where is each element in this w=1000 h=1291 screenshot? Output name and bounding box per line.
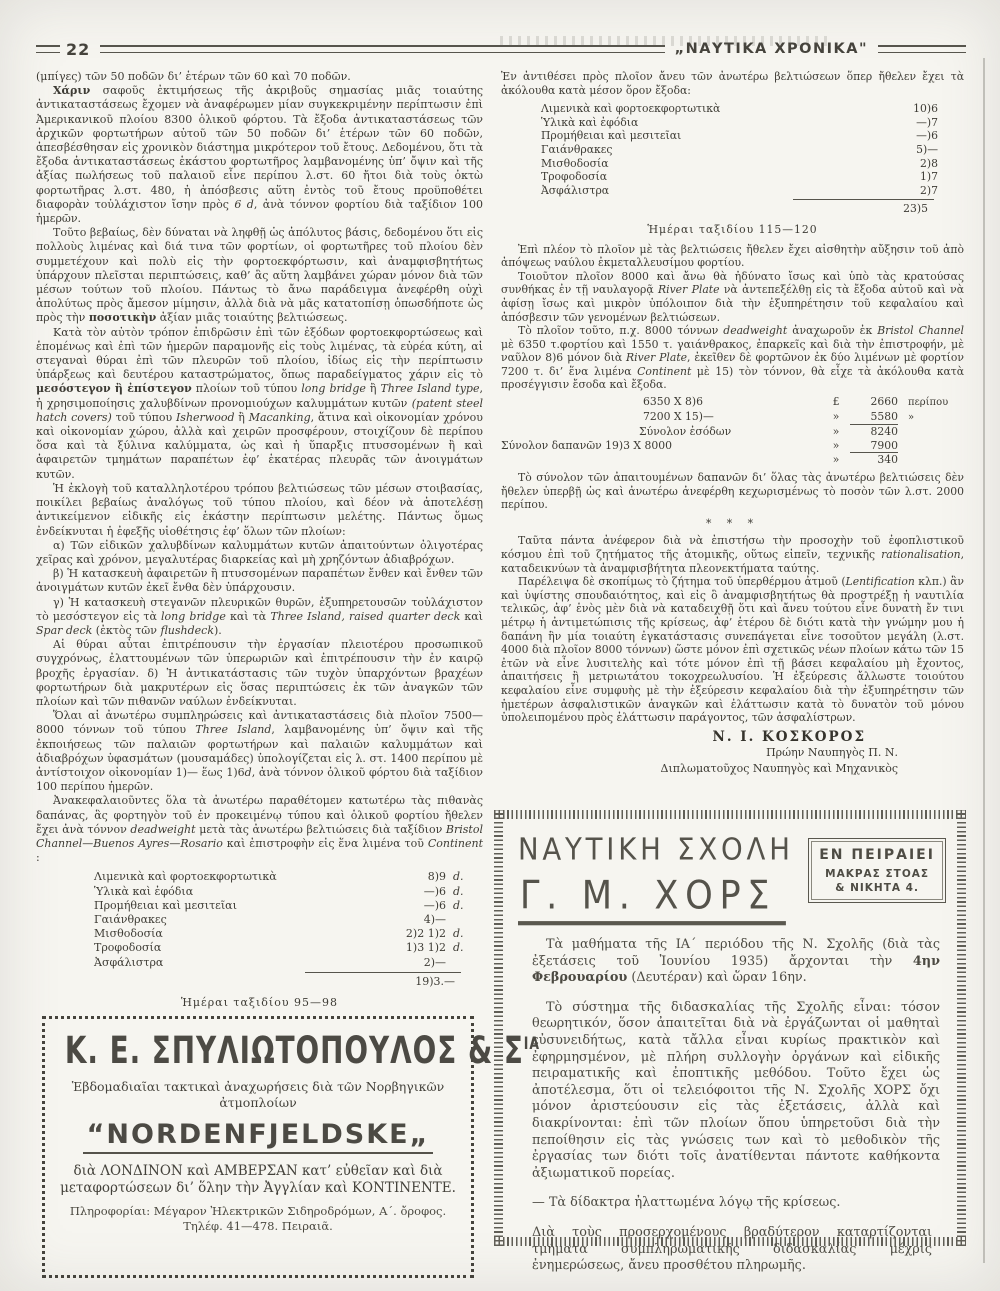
table-row: Προμήθειαι καὶ μεσιτεῖαι—)6d.	[94, 899, 473, 913]
text-segment: Bristol Channel	[877, 324, 964, 337]
paragraph: α) Τῶν εἰδικῶν χαλυβδίνων καλυμμάτων κυτ…	[36, 539, 483, 567]
expense-total-unimproved: 23)5	[501, 199, 934, 216]
expense-label: Προμήθειαι καὶ μεσιτεῖαι	[94, 899, 380, 913]
ad-left-brand-wrap: “NORDENFJELDSKE„	[55, 1111, 461, 1154]
text-segment: μετὰ τὰς ἀνωτέρω βελτιώσεις διὰ ταξίδιον	[196, 823, 446, 836]
expense-unit	[446, 913, 473, 927]
text-segment: Παρέλειψα δὲ σκοπίμως τὸ ζήτημα τοῦ ὑπερ…	[518, 575, 846, 588]
text-segment: (Δευτέραν) καὶ ὥραν 16ην.	[627, 970, 806, 985]
right-paragraphs-b: Τὸ σύνολον τῶν ἀπαιτουμένων δαπανῶν δι’ …	[501, 471, 964, 512]
expense-unit: d.	[446, 927, 473, 941]
text-segment: μεσόστεγον ἢ ἐπίστεγον	[36, 382, 192, 395]
text-segment: Διὰ τοὺς προσερχομένους βραδύτερον καταρ…	[532, 1225, 932, 1273]
table-row: Μισθοδοσία2)2 1)2d.	[94, 927, 473, 941]
table-row: Ὑλικὰ καὶ ἐφόδια—)6d.	[94, 885, 473, 899]
text-segment: rationalisation	[881, 548, 960, 561]
text-segment: κλπ.) ἂν καὶ ὑψίστης σπουδαιότητος, καὶ …	[501, 575, 964, 724]
text-segment: Three Island type	[380, 382, 479, 395]
text-segment: flushdeck	[160, 624, 214, 637]
table-row: Γαιάνθρακες5)—	[541, 143, 938, 157]
expense-label: Λιμενικὰ καὶ φορτοεκφορτωτικὰ	[541, 102, 872, 116]
text-segment: (μπίγες) τῶν 50 ποδῶν δι’ ἑτέρων τῶν 60 …	[36, 70, 351, 83]
text-segment: ἀναχωροῦν ἐκ	[787, 324, 877, 337]
paragraph: Παρέλειψα δὲ σκοπίμως τὸ ζήτημα τοῦ ὑπερ…	[501, 575, 964, 725]
text-segment: long bridge	[301, 382, 366, 395]
text-segment: deadweight	[723, 324, 787, 337]
right-paragraphs-c: Ταῦτα πάντα ἀνέφερον διὰ νὰ ἐπιστήσω τὴν…	[501, 534, 964, 724]
header-rule-left	[36, 45, 60, 53]
text-segment: καὶ ἐπιστροφὴν εἰς ἕνα λιμένα τοῦ	[223, 837, 428, 850]
text-segment: long bridge	[161, 610, 226, 623]
ad-right-header: ΝΑΥΤΙΚΗ ΣΧΟΛΗ Γ. Μ. ΧΟΡΣ ΕΝ ΠΕΙΡΑΙΕΙ ΜΑΚ…	[518, 832, 946, 924]
fin-note: περίπου	[898, 396, 964, 410]
table-row: Λιμενικὰ καὶ φορτοεκφορτωτικὰ10)6	[541, 102, 938, 116]
ad-border-left	[494, 810, 503, 1246]
text-segment: :	[36, 851, 40, 864]
fin-amount: 5580	[850, 410, 898, 424]
ad-border-bottom	[494, 1237, 966, 1246]
school-owner-name: Γ. Μ. ΧΟΡΣ	[518, 871, 786, 926]
page-number: 22	[66, 40, 90, 59]
scanned-magazine-page: { "header": { "page_number": "22", "maga…	[0, 0, 1000, 1291]
paragraph: Ὅλαι αἱ ἀνωτέρω συμπληρώσεις καὶ ἀντικατ…	[36, 709, 483, 794]
table-row: »340	[501, 452, 964, 467]
ad-left-subtitle: Ἑβδομαδιαῖαι τακτικαὶ ἀναχωρήσεις διὰ τῶ…	[55, 1079, 461, 1111]
text-segment: (ἐκτὸς τῶν	[92, 624, 160, 637]
expense-label: Λιμενικὰ καὶ φορτοεκφορτωτικὰ	[94, 870, 380, 884]
paragraph: γ) Ἡ κατασκευὴ στεγανῶν πλευρικῶν θυρῶν,…	[36, 596, 483, 639]
expense-label: Τροφοδοσία	[94, 941, 380, 955]
text-segment: καὶ τὰ	[226, 610, 271, 623]
ad-right-titles: ΝΑΥΤΙΚΗ ΣΧΟΛΗ Γ. Μ. ΧΟΡΣ	[518, 832, 808, 924]
text-segment: 6 d	[234, 198, 254, 211]
expense-unit: d.	[446, 885, 473, 899]
expense-label: Ἀσφάλιστρα	[94, 956, 380, 970]
text-segment: Τὸ σύστημα τῆς διδασκαλίας τῆς Σχολῆς εἶ…	[532, 1000, 940, 1181]
expense-total-improved: 19)3.—	[36, 972, 461, 989]
expense-label: Γαιάνθρακες	[94, 913, 380, 927]
scan-artifact-edge-line	[983, 58, 985, 1263]
text-segment: River Plate	[626, 351, 687, 364]
paragraph: Ἡ ἐκλογὴ τοῦ καταλληλοτέρου τρόπου βελτι…	[36, 482, 483, 539]
paragraph: Ταῦτα πάντα ἀνέφερον διὰ νὰ ἐπιστήσω τὴν…	[501, 534, 964, 575]
expense-value: —)6	[380, 899, 446, 913]
expense-unit: d.	[446, 899, 473, 913]
section-separator: * * *	[501, 517, 964, 531]
voyage-days-caption-improved: Ἡμέραι ταξιδίου 95—98	[36, 996, 483, 1010]
paragraph: Τὸ σύστημα τῆς διδασκαλίας τῆς Σχολῆς εἶ…	[532, 1000, 940, 1183]
ad-left-body: διὰ ΛΟΝΔΙΝΟΝ καὶ ΑΜΒΕΡΣΑΝ κατ’ εὐθεῖαν κ…	[55, 1163, 461, 1197]
expense-label: Γαιάνθρακες	[541, 143, 872, 157]
right-paragraphs-a: Ἐπὶ πλέον τὸ πλοῖον μὲ τὰς βελτιώσεις ἤθ…	[501, 243, 964, 393]
address-street-1: ΜΑΚΡΑΣ ΣΤΟΑΣ	[815, 868, 939, 880]
paragraph: (μπίγες) τῶν 50 ποδῶν δι’ ἑτέρων τῶν 60 …	[36, 70, 483, 84]
paragraph: Διὰ τοὺς προσερχομένους βραδύτερον καταρ…	[532, 1225, 932, 1275]
paragraph: Κατὰ τὸν αὐτὸν τρόπον ἐπιδρῶσιν ἐπὶ τῶν …	[36, 326, 483, 482]
text-segment: Spar deck	[36, 624, 92, 637]
expense-value: 1)3 1)2	[380, 941, 446, 955]
text-segment: ἢ	[366, 382, 381, 395]
fin-currency: »	[822, 410, 850, 424]
table-row: Μισθοδοσία2)8	[541, 157, 938, 171]
paragraph: Ἐν ἀντιθέσει πρὸς πλοῖον ἄνευ τῶν ἀνωτέρ…	[501, 70, 964, 97]
expense-value: 4)—	[380, 913, 446, 927]
text-segment: σαφοῦς ἐκτιμήσεως τῆς ἀκριβοῦς σημασίας …	[36, 84, 483, 211]
author-title-2: Διπλωματοῦχος Ναυπηγὸς καὶ Μηχανικὸς	[501, 762, 926, 776]
fin-currency: »	[822, 453, 850, 467]
scan-artifact	[500, 36, 830, 46]
table-row: Σύνολον ἐσόδων»8240	[501, 424, 964, 439]
expense-value: 8)9	[380, 870, 446, 884]
fin-currency: »	[822, 439, 850, 453]
table-row: Τροφοδοσία1)7	[541, 170, 938, 184]
text-segment: ).	[214, 624, 222, 637]
text-segment: Three Island, raised quarter deck	[270, 610, 460, 623]
author-title-1: Πρώην Ναυπηγὸς Π. Ν.	[501, 746, 926, 760]
table-row: Ἀσφάλιστρα2)7	[541, 184, 938, 198]
expense-value: —)6	[380, 885, 446, 899]
text-segment: Ἐν ἀντιθέσει πρὸς πλοῖον ἄνευ τῶν ἀνωτέρ…	[501, 70, 964, 97]
text-segment: ἀξίαν μιᾶς τοιαύτης βελτιώσεως.	[156, 311, 347, 324]
text-segment: ποσοτικὴν	[89, 311, 156, 324]
expense-value: 1)7	[872, 170, 938, 184]
address-city: ΕΝ ΠΕΙΡΑΙΕΙ	[815, 847, 939, 863]
fin-amount: 340	[850, 452, 898, 467]
ad-border-right	[957, 810, 966, 1246]
fin-label: 7200 X 15)—	[501, 410, 822, 424]
fin-label: Σύνολον ἐσόδων	[501, 425, 822, 439]
fin-note: »	[898, 411, 964, 425]
paragraph: Ἐπὶ πλέον τὸ πλοῖον μὲ τὰς βελτιώσεις ἤθ…	[501, 243, 964, 270]
paragraph: Αἱ θύραι αὗται ἐπιτρέπουσιν τὴν ἐργασίαν…	[36, 638, 483, 709]
text-segment: Continent	[428, 837, 483, 850]
paragraph: Τοιοῦτον πλοῖον 8000 καὶ ἄνω θὰ ἠδύνατο …	[501, 270, 964, 324]
expense-value: —)6	[872, 129, 938, 143]
text-segment: Three Island	[195, 723, 271, 736]
text-segment: Ἐπὶ πλέον τὸ πλοῖον μὲ τὰς βελτιώσεις ἤθ…	[501, 243, 964, 270]
author-signature: Ν. Ι. ΚΟΣΚΟΡΟΣ Πρώην Ναυπηγὸς Π. Ν. Διπλ…	[501, 731, 964, 776]
paragraph: β) Ἡ κατασκευὴ ἀφαιρετῶν ἢ πτυσσομένων π…	[36, 567, 483, 595]
fin-label: Σύνολον δαπανῶν 19)3 X 8000	[501, 439, 822, 453]
text-segment: β) Ἡ κατασκευὴ ἀφαιρετῶν ἢ πτυσσομένων π…	[36, 567, 483, 594]
text-segment: Αἱ θύραι αὗται ἐπιτρέπουσιν τὴν ἐργασίαν…	[36, 638, 483, 708]
paragraph: Τὸ πλοῖον τοῦτο, π.χ. 8000 τόννων deadwe…	[501, 324, 964, 392]
ad-left-contact-info: Πληροφορίαι: Μέγαρον Ἠλεκτρικῶν Σιδηροδρ…	[55, 1204, 461, 1233]
text-segment: Ἡ ἐκλογὴ τοῦ καταλληλοτέρου τρόπου βελτι…	[36, 482, 483, 538]
paragraph: Τὸ σύνολον τῶν ἀπαιτουμένων δαπανῶν δι’ …	[501, 471, 964, 512]
expense-label: Προμήθειαι καὶ μεσιτεῖαι	[541, 129, 872, 143]
paragraph: — Τὰ δίδακτρα ἠλαττωμένα λόγῳ τῆς κρίσεω…	[532, 1195, 940, 1212]
text-segment: Τὰ μαθήματα τῆς ΙΑ΄ περιόδου τῆς Ν. Σχολ…	[532, 937, 940, 969]
text-segment: Lentification	[846, 575, 915, 588]
ad-left-title: Κ. Ε. ΣΠΥΛΙΩΤΟΠΟΥΛΟΣ & ΣΙΑ	[55, 1025, 461, 1067]
expense-label: Ὑλικὰ καὶ ἐφόδια	[94, 885, 380, 899]
paragraph: Τοῦτο βεβαίως, δὲν δύναται νὰ ληφθῇ ὡς ἀ…	[36, 226, 483, 325]
voyage-days-caption-unimproved: Ἡμέραι ταξιδίου 115—120	[501, 223, 964, 237]
text-segment: — Τὰ δίδακτρα ἠλαττωμένα λόγῳ τῆς κρίσεω…	[532, 1195, 840, 1210]
expense-label: Μισθοδοσία	[94, 927, 380, 941]
right-intro: Ἐν ἀντιθέσει πρὸς πλοῖον ἄνευ τῶν ἀνωτέρ…	[501, 70, 964, 97]
fin-label: 6350 X 8)6	[501, 395, 822, 409]
text-segment: Τὸ σύνολον τῶν ἀπαιτουμένων δαπανῶν δι’ …	[501, 471, 964, 511]
header-rule-right	[878, 45, 966, 53]
expense-label: Μισθοδοσία	[541, 157, 872, 171]
income-expense-table: 6350 X 8)6£2660περίπου7200 X 15)—»5580»Σ…	[501, 395, 964, 467]
fin-amount: 7900	[850, 439, 898, 453]
paragraph: Χάριν σαφοῦς ἐκτιμήσεως τῆς ἀκριβοῦς σημ…	[36, 84, 483, 226]
expense-unit: d.	[446, 941, 473, 955]
text-segment: Isherwood	[176, 411, 235, 424]
text-segment: Macanking	[249, 411, 311, 424]
expense-value: 2)2 1)2	[380, 927, 446, 941]
expense-label: Ὑλικὰ καὶ ἐφόδια	[541, 116, 872, 130]
fin-amount: 8240	[850, 424, 898, 439]
header-rule-middle	[100, 45, 664, 53]
fin-amount: 2660	[850, 395, 898, 409]
expense-label: Τροφοδοσία	[541, 170, 872, 184]
advertisement-naval-school-chors: ΝΑΥΤΙΚΗ ΣΧΟΛΗ Γ. Μ. ΧΟΡΣ ΕΝ ΠΕΙΡΑΙΕΙ ΜΑΚ…	[494, 810, 966, 1246]
expense-value: —)7	[872, 116, 938, 130]
ad-border-top	[494, 810, 966, 819]
text-segment: πλοίων τοῦ τύπου	[192, 382, 301, 395]
text-segment: τοῦ τύπου	[112, 411, 176, 424]
text-segment: Τοῦτο βεβαίως, δὲν δύναται νὰ ληφθῇ ὡς ἀ…	[36, 226, 483, 324]
text-segment: α) Τῶν εἰδικῶν χαλυβδίνων καλυμμάτων κυτ…	[36, 539, 483, 566]
expense-value: 2)7	[872, 184, 938, 198]
expense-table-improved: Λιμενικὰ καὶ φορτοεκφορτωτικὰ8)9d.Ὑλικὰ …	[94, 870, 473, 969]
advertisement-spyliotopoulos: Κ. Ε. ΣΠΥΛΙΩΤΟΠΟΥΛΟΣ & ΣΙΑ Ἑβδομαδιαῖαι …	[42, 1016, 474, 1278]
expense-value: 10)6	[872, 102, 938, 116]
table-row: Ἀσφάλιστρα2)—	[94, 956, 473, 970]
text-segment: d	[245, 766, 252, 779]
ad-left-brand: “NORDENFJELDSKE„	[83, 1119, 434, 1154]
text-segment: Χάριν	[53, 84, 90, 97]
paragraph: Τὰ μαθήματα τῆς ΙΑ΄ περιόδου τῆς Ν. Σχολ…	[532, 937, 940, 987]
table-row: Σύνολον δαπανῶν 19)3 X 8000»7900	[501, 439, 964, 453]
table-row: Τροφοδοσία1)3 1)2d.	[94, 941, 473, 955]
left-paragraphs: (μπίγες) τῶν 50 ποδῶν δι’ ἑτέρων τῶν 60 …	[36, 70, 483, 865]
school-title: ΝΑΥΤΙΚΗ ΣΧΟΛΗ	[518, 831, 794, 867]
fin-currency: »	[822, 425, 850, 439]
school-address-box: ΕΝ ΠΕΙΡΑΙΕΙ ΜΑΚΡΑΣ ΣΤΟΑΣ & ΝΙΚΗΤΑ 4.	[808, 838, 946, 903]
text-segment: Continent	[637, 365, 691, 378]
text-segment: deadweight	[130, 823, 195, 836]
article-column-right: Ἐν ἀντιθέσει πρὸς πλοῖον ἄνευ τῶν ἀνωτέρ…	[501, 70, 964, 776]
ad-right-paragraphs: Τὰ μαθήματα τῆς ΙΑ΄ περιόδου τῆς Ν. Σχολ…	[518, 937, 946, 1275]
text-segment: Κατὰ τὸν αὐτὸν τρόπον ἐπιδρῶσιν ἐπὶ τῶν …	[36, 326, 483, 382]
table-row: Λιμενικὰ καὶ φορτοεκφορτωτικὰ8)9d.	[94, 870, 473, 884]
address-street-2: & ΝΙΚΗΤΑ 4.	[815, 882, 939, 894]
expense-value: 2)—	[380, 956, 446, 970]
text-segment: Τὸ πλοῖον τοῦτο, π.χ. 8000 τόννων	[518, 324, 723, 337]
table-row: Ὑλικὰ καὶ ἐφόδια—)7	[541, 116, 938, 130]
text-segment: ἢ	[235, 411, 249, 424]
text-segment: River Plate	[658, 283, 720, 296]
table-row: 7200 X 15)—»5580»	[501, 410, 964, 425]
table-row: 6350 X 8)6£2660περίπου	[501, 395, 964, 410]
expense-unit	[446, 956, 473, 970]
expense-unit: d.	[446, 870, 473, 884]
table-row: Γαιάνθρακες4)—	[94, 913, 473, 927]
expense-value: 5)—	[872, 143, 938, 157]
expense-table-unimproved: Λιμενικὰ καὶ φορτοεκφορτωτικὰ10)6Ὑλικὰ κ…	[541, 102, 938, 197]
article-column-left: (μπίγες) τῶν 50 ποδῶν δι’ ἑτέρων τῶν 60 …	[36, 70, 483, 1016]
author-name: Ν. Ι. ΚΟΣΚΟΡΟΣ	[501, 731, 926, 745]
paragraph: Ἀνακεφαλαιοῦντες ὅλα τὰ ἀνωτέρω παραθέτο…	[36, 794, 483, 865]
expense-value: 2)8	[872, 157, 938, 171]
expense-label: Ἀσφάλιστρα	[541, 184, 872, 198]
fin-currency: £	[822, 395, 850, 409]
table-row: Προμήθειαι καὶ μεσιτεῖαι—)6	[541, 129, 938, 143]
text-segment: καὶ	[460, 610, 483, 623]
